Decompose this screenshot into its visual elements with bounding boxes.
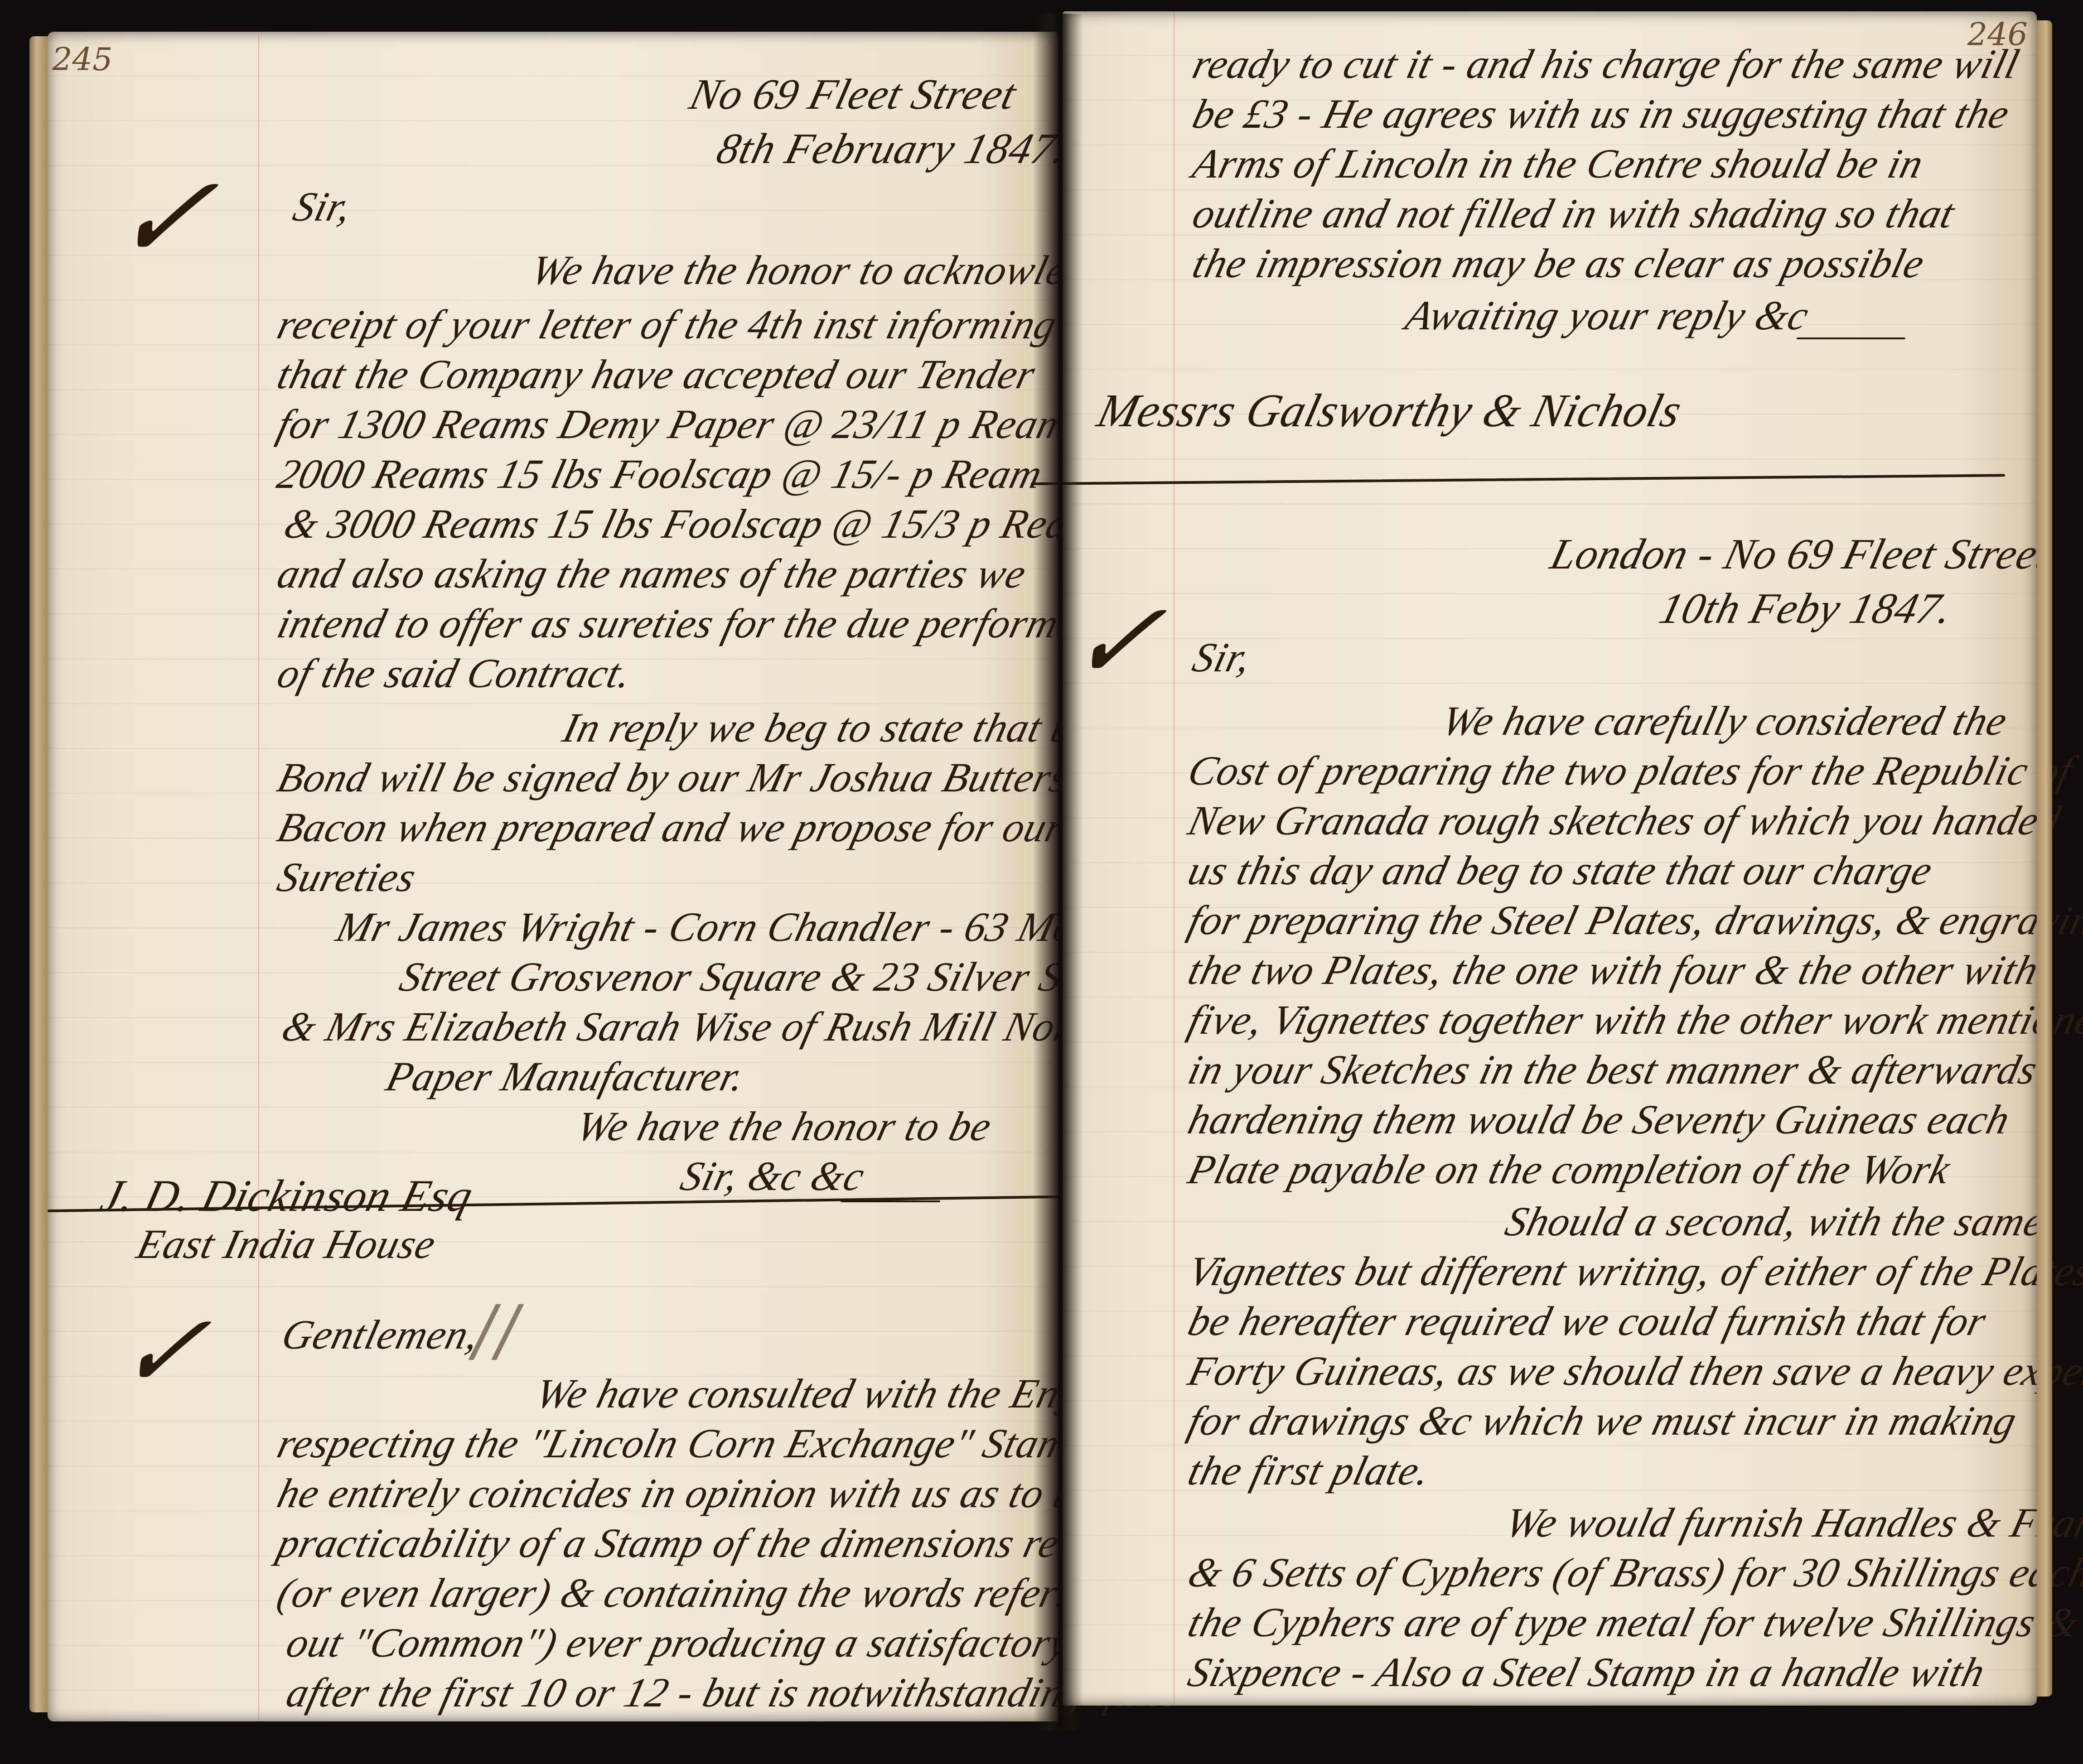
left-page: 245 No 69 Fleet Street 8th February 1847… xyxy=(48,32,1058,1721)
letter3-line: hardening them would be Seventy Guineas … xyxy=(1184,1099,2015,1140)
ledger-spread: 245 No 69 Fleet Street 8th February 1847… xyxy=(0,0,2083,1764)
letter1-line: Bond will be signed by our Mr Joshua But… xyxy=(274,757,1073,798)
letter3-line: the first plate. xyxy=(1184,1450,1435,1491)
letter3-line: We have carefully considered the xyxy=(1438,700,2012,742)
closing-line: We have the honor to be xyxy=(573,1105,996,1147)
letter3-line: New Granada rough sketches of which you … xyxy=(1184,800,2065,841)
letter1-line: intend to offer as sureties for the due … xyxy=(274,602,1144,644)
letter1-line: for 1300 Reams Demy Paper @ 23/11 p Ream xyxy=(274,403,1074,445)
letter3-address: London - No 69 Fleet Street xyxy=(1547,532,2055,576)
letter2-cont-line: the impression may be as clear as possib… xyxy=(1189,242,1929,284)
letter1-line: that the Company have accepted our Tende… xyxy=(274,353,1040,395)
letter2-cont-line: ready to cut it - and his charge for the… xyxy=(1189,43,2024,85)
letter1-line: Sureties xyxy=(274,856,420,898)
letter-divider xyxy=(1031,474,2005,485)
letter1-line: 2000 Reams 15 lbs Foolscap @ 15/- p Ream xyxy=(274,453,1047,495)
letter2-salutation: Gentlemen, xyxy=(278,1314,484,1355)
letter1-address: No 69 Fleet Street xyxy=(686,72,1021,116)
letter1-addressee-location: East India House xyxy=(133,1223,440,1265)
letter3-line: us this day and beg to state that our ch… xyxy=(1184,849,1937,891)
letter1-line: receipt of your letter of the 4th inst i… xyxy=(274,304,1110,345)
letter3-line: be hereafter required we could furnish t… xyxy=(1184,1300,1991,1342)
letter1-line: of the said Contract. xyxy=(274,652,636,694)
letter3-line: & 6 Setts of Cyphers (of Brass) for 30 S… xyxy=(1184,1552,2083,1593)
letter1-line: & 3000 Reams 15 lbs Foolscap @ 15/3 p Re… xyxy=(280,503,1104,545)
letter3-line: Sixpence - Also a Steel Stamp in a handl… xyxy=(1184,1651,1990,1693)
letter2-cont-line: outline and not filled in with shading s… xyxy=(1189,193,1959,234)
letter3-line: Plate payable on the completion of the W… xyxy=(1184,1148,1955,1190)
letter3-line: for drawings &c which we must incur in m… xyxy=(1184,1400,2021,1441)
check-mark-icon: ✓ xyxy=(103,149,226,286)
surety-line: Paper Manufacturer. xyxy=(382,1056,749,1097)
letter1-line: In reply we beg to state that the xyxy=(559,707,1110,748)
pencil-mark: // xyxy=(467,1291,527,1370)
check-mark-icon: ✓ xyxy=(109,1291,218,1412)
letter1-salutation: Sir, xyxy=(290,186,356,227)
surety-line: Mr James Wright - Corn Chandler - 63 Mou… xyxy=(333,906,1136,948)
letter3-date: 10th Feby 1847. xyxy=(1655,587,1957,630)
letter1-addressee: J. D. Dickinson Esq xyxy=(97,1173,478,1219)
letter3-line: in your Sketches in the best manner & af… xyxy=(1184,1049,2042,1090)
closing-signature: Sir, &c &c xyxy=(677,1155,869,1197)
letter3-line: Should a second, with the same xyxy=(1502,1200,2049,1242)
letter3-line: Forty Guineas, as we should then save a … xyxy=(1184,1350,2083,1392)
letter2-cont-line: be £3 - He agrees with us in suggesting … xyxy=(1189,93,2014,135)
letter3-line: We would furnish Handles & Frames xyxy=(1502,1502,2083,1543)
margin-rule xyxy=(258,32,259,1721)
letter3-line: the Cyphers are of type metal for twelve… xyxy=(1184,1601,2083,1643)
page-number-left: 245 xyxy=(52,41,113,78)
letter3-salutation: Sir, xyxy=(1189,636,1256,678)
letter3-line: five, Vignettes together with the other … xyxy=(1184,999,2083,1041)
letter3-line: for preparing the Steel Plates, drawings… xyxy=(1184,899,2083,941)
letter2-cont-line: Arms of Lincoln in the Centre should be … xyxy=(1189,143,1928,184)
letter3-line: Cost of preparing the two plates for the… xyxy=(1184,750,2077,791)
closing-flourish xyxy=(1797,337,1905,339)
letter3-line: Vignettes but different writing, of eith… xyxy=(1184,1250,2083,1292)
right-page: 246 ready to cut it - and his charge for… xyxy=(1063,11,2037,1706)
letter2-addressee: Messrs Galsworthy & Nichols xyxy=(1093,387,1687,434)
letter3-line: the two Plates, the one with four & the … xyxy=(1184,949,2043,991)
letter2-closing: Awaiting your reply &c xyxy=(1402,294,1813,336)
letter1-line: and also asking the names of the parties… xyxy=(274,553,1031,594)
letter1-line: Bacon when prepared and we propose for o… xyxy=(274,806,1068,848)
margin-rule xyxy=(1174,11,1174,1706)
book-gutter xyxy=(1033,14,1083,1730)
letter1-date: 8th February 1847. xyxy=(713,127,1071,170)
